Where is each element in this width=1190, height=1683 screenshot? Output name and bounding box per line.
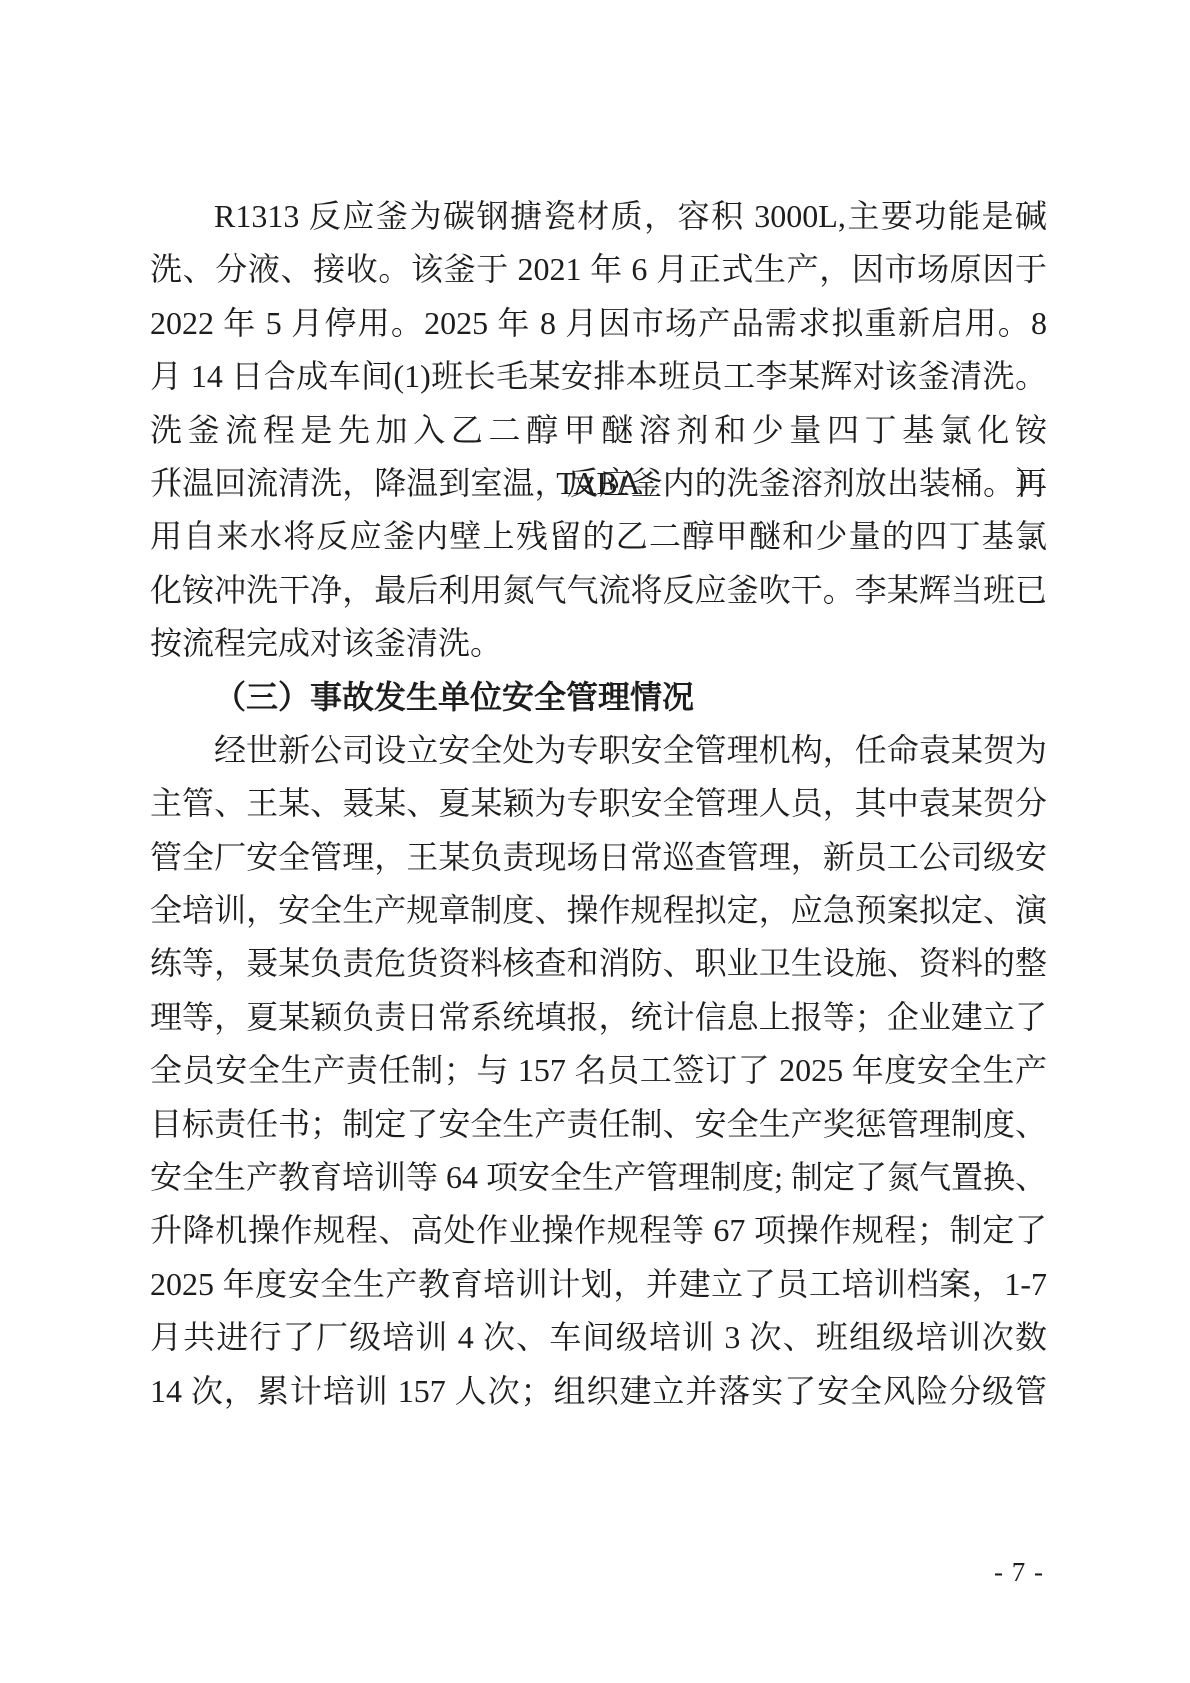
text-line-content: 14 次，累计培训 157 人次；组织建立并落实了安全风险分级管 bbox=[150, 1373, 1047, 1409]
text-line-content: 经世新公司设立安全处为专职安全管理机构，任命袁某贺为 bbox=[214, 732, 1047, 768]
text-line-content: 管全厂安全管理，王某负责现场日常巡查管理，新员工公司级安 bbox=[150, 839, 1047, 875]
text-line: 全员安全生产责任制；与 157 名员工签订了 2025 年度安全生产 bbox=[150, 1044, 1047, 1097]
text-line-content: 升降机操作规程、高处作业操作规程等 67 项操作规程；制定了 bbox=[150, 1212, 1047, 1248]
text-line: 主管、王某、聂某、夏某颖为专职安全管理人员，其中袁某贺分 bbox=[150, 777, 1047, 830]
text-line-content: 月共进行了厂级培训 4 次、车间级培训 3 次、班组级培训次数 bbox=[150, 1319, 1047, 1355]
text-line-content: 理等，夏某颖负责日常系统填报，统计信息上报等；企业建立了 bbox=[150, 999, 1047, 1035]
text-line-content: 升温回流清洗，降温到室温，反应釜内的洗釜溶剂放出装桶。再 bbox=[150, 465, 1047, 501]
text-line: 洗釜流程是先加入乙二醇甲醚溶剂和少量四丁基氯化铵（TABA） bbox=[150, 404, 1047, 457]
text-line: 按流程完成对该釜清洗。 bbox=[150, 617, 1047, 670]
body-paragraph: R1313 反应釜为碳钢搪瓷材质，容积 3000L,主要功能是碱洗、分液、接收。… bbox=[150, 190, 1047, 671]
text-line: 管全厂安全管理，王某负责现场日常巡查管理，新员工公司级安 bbox=[150, 831, 1047, 884]
text-line: R1313 反应釜为碳钢搪瓷材质，容积 3000L,主要功能是碱 bbox=[150, 190, 1047, 243]
text-line: 2022 年 5 月停用。2025 年 8 月因市场产品需求拟重新启用。8 bbox=[150, 297, 1047, 350]
text-line: 14 次，累计培训 157 人次；组织建立并落实了安全风险分级管 bbox=[150, 1365, 1047, 1418]
body-paragraph: 经世新公司设立安全处为专职安全管理机构，任命袁某贺为主管、王某、聂某、夏某颖为专… bbox=[150, 724, 1047, 1418]
text-line: 月 14 日合成车间(1)班长毛某安排本班员工李某辉对该釜清洗。 bbox=[150, 350, 1047, 403]
text-line: 洗、分液、接收。该釜于 2021 年 6 月正式生产，因市场原因于 bbox=[150, 243, 1047, 296]
text-line-content: 目标责任书；制定了安全生产责任制、安全生产奖惩管理制度、 bbox=[150, 1106, 1047, 1142]
text-line-content: 2025 年度安全生产教育培训计划，并建立了员工培训档案，1-7 bbox=[150, 1266, 1047, 1302]
text-line-content: 用自来水将反应釜内壁上残留的乙二醇甲醚和少量的四丁基氯 bbox=[150, 518, 1047, 554]
text-line-content: 化铵冲洗干净，最后利用氮气气流将反应釜吹干。李某辉当班已 bbox=[150, 572, 1047, 608]
text-line: 升温回流清洗，降温到室温，反应釜内的洗釜溶剂放出装桶。再 bbox=[150, 457, 1047, 510]
text-line-content: 全员安全生产责任制；与 157 名员工签订了 2025 年度安全生产 bbox=[150, 1052, 1047, 1088]
text-line-content: R1313 反应釜为碳钢搪瓷材质，容积 3000L,主要功能是碱 bbox=[214, 198, 1047, 234]
text-line: 用自来水将反应釜内壁上残留的乙二醇甲醚和少量的四丁基氯 bbox=[150, 510, 1047, 563]
text-line: 月共进行了厂级培训 4 次、车间级培训 3 次、班组级培训次数 bbox=[150, 1311, 1047, 1364]
document-page: R1313 反应釜为碳钢搪瓷材质，容积 3000L,主要功能是碱洗、分液、接收。… bbox=[0, 0, 1190, 1683]
text-line: 全培训，安全生产规章制度、操作规程拟定，应急预案拟定、演 bbox=[150, 884, 1047, 937]
text-line: 理等，夏某颖负责日常系统填报，统计信息上报等；企业建立了 bbox=[150, 991, 1047, 1044]
text-line-content: （三）事故发生单位安全管理情况 bbox=[214, 679, 694, 715]
section-heading: （三）事故发生单位安全管理情况 bbox=[150, 671, 1047, 724]
text-line-content: 洗、分液、接收。该釜于 2021 年 6 月正式生产，因市场原因于 bbox=[150, 251, 1047, 287]
text-line-content: 练等，聂某负责危货资料核查和消防、职业卫生设施、资料的整 bbox=[150, 945, 1047, 981]
page-number: - 7 - bbox=[994, 1556, 1044, 1588]
text-block: R1313 反应釜为碳钢搪瓷材质，容积 3000L,主要功能是碱洗、分液、接收。… bbox=[150, 190, 1047, 1418]
text-line-content: 2022 年 5 月停用。2025 年 8 月因市场产品需求拟重新启用。8 bbox=[150, 305, 1047, 341]
heading-line: （三）事故发生单位安全管理情况 bbox=[150, 671, 1047, 724]
text-line: 练等，聂某负责危货资料核查和消防、职业卫生设施、资料的整 bbox=[150, 937, 1047, 990]
text-line-content: 安全生产教育培训等 64 项安全生产管理制度; 制定了氮气置换、 bbox=[150, 1159, 1047, 1195]
text-line: 升降机操作规程、高处作业操作规程等 67 项操作规程；制定了 bbox=[150, 1204, 1047, 1257]
text-line-content: 按流程完成对该釜清洗。 bbox=[150, 625, 502, 661]
text-line: 安全生产教育培训等 64 项安全生产管理制度; 制定了氮气置换、 bbox=[150, 1151, 1047, 1204]
text-line: 目标责任书；制定了安全生产责任制、安全生产奖惩管理制度、 bbox=[150, 1098, 1047, 1151]
text-line-content: 主管、王某、聂某、夏某颖为专职安全管理人员，其中袁某贺分 bbox=[150, 785, 1047, 821]
text-line-content: 月 14 日合成车间(1)班长毛某安排本班员工李某辉对该釜清洗。 bbox=[150, 358, 1047, 394]
text-line: 2025 年度安全生产教育培训计划，并建立了员工培训档案，1-7 bbox=[150, 1258, 1047, 1311]
text-line: 经世新公司设立安全处为专职安全管理机构，任命袁某贺为 bbox=[150, 724, 1047, 777]
text-line-content: 全培训，安全生产规章制度、操作规程拟定，应急预案拟定、演 bbox=[150, 892, 1047, 928]
text-line: 化铵冲洗干净，最后利用氮气气流将反应釜吹干。李某辉当班已 bbox=[150, 564, 1047, 617]
